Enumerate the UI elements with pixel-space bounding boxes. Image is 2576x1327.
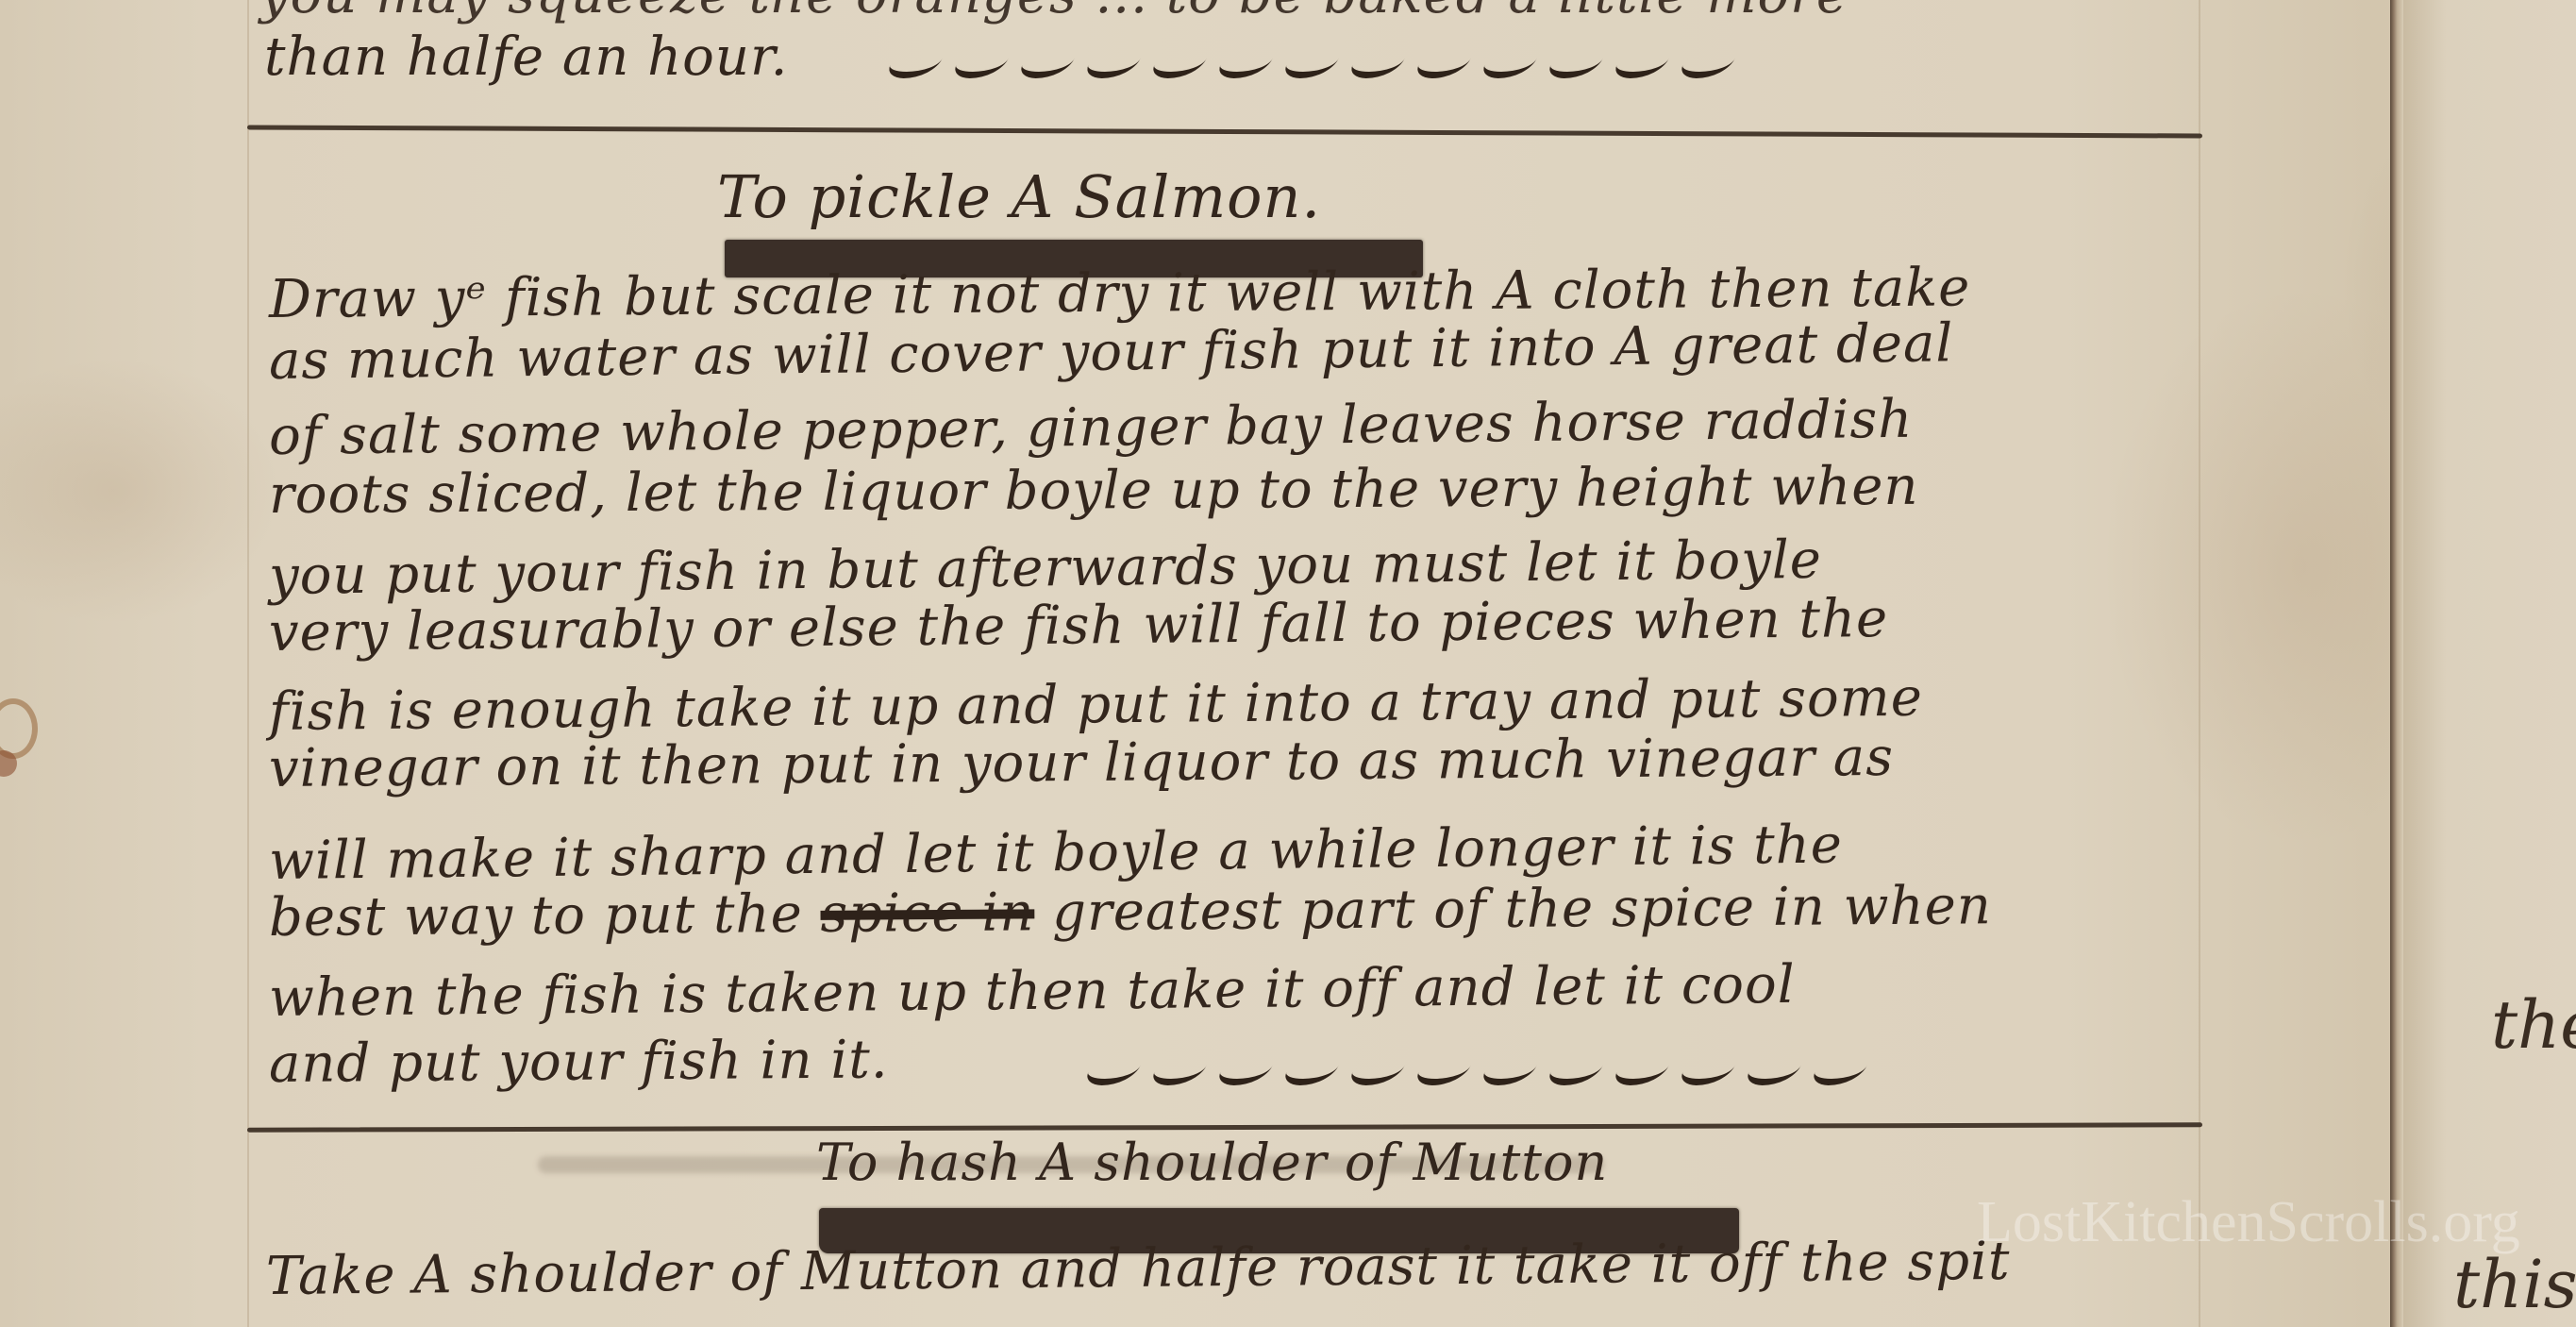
facing-page-word: these <box>2491 986 2576 1064</box>
site-watermark: LostKitchenScrolls.org <box>1977 1189 2520 1256</box>
recipe-line-with-correction: best way to put the spice in greatest pa… <box>269 875 1992 949</box>
previous-recipe-line-2: than halfe an hour. <box>264 26 788 88</box>
right-ruled-margin <box>2199 0 2200 1327</box>
section-divider <box>247 1122 2202 1132</box>
recipe-line: when the fish is taken up then take it o… <box>269 954 1796 1029</box>
facing-page-word: this <box>2453 1246 2576 1323</box>
recipe-line: very leasurably or else the fish will fa… <box>269 588 1889 663</box>
recipe-title: To hash A shoulder of Mutton <box>816 1133 1608 1192</box>
manuscript-spread: you may squeeze the oranges ... to be ba… <box>0 0 2576 1327</box>
recipe-line: roots sliced, let the liquor boyle up to… <box>269 456 1919 526</box>
struck-out-text: spice in <box>820 882 1034 945</box>
recipe-line: Take A shoulder of Mutton and halfe roas… <box>266 1231 2011 1307</box>
line-text: best way to put the <box>269 883 821 949</box>
section-divider <box>247 125 2202 138</box>
previous-recipe-line-1: you may squeeze the oranges ... to be ba… <box>259 0 1848 25</box>
page-gutter-edge <box>2390 0 2403 1327</box>
line-filler-flourish <box>1090 1052 1865 1085</box>
recipe-line: of salt some whole pepper, ginger bay le… <box>269 389 1914 467</box>
recipe-line: and put your fish in it. <box>269 1029 889 1095</box>
recipe-line: vinegar on it then put in your liquor to… <box>269 727 1894 799</box>
facing-page <box>2403 0 2576 1327</box>
recipe-title: To pickle A Salmon. <box>717 162 1321 231</box>
line-text: greatest part of the spice in when <box>1034 875 1992 943</box>
line-filler-flourish <box>892 45 1733 78</box>
